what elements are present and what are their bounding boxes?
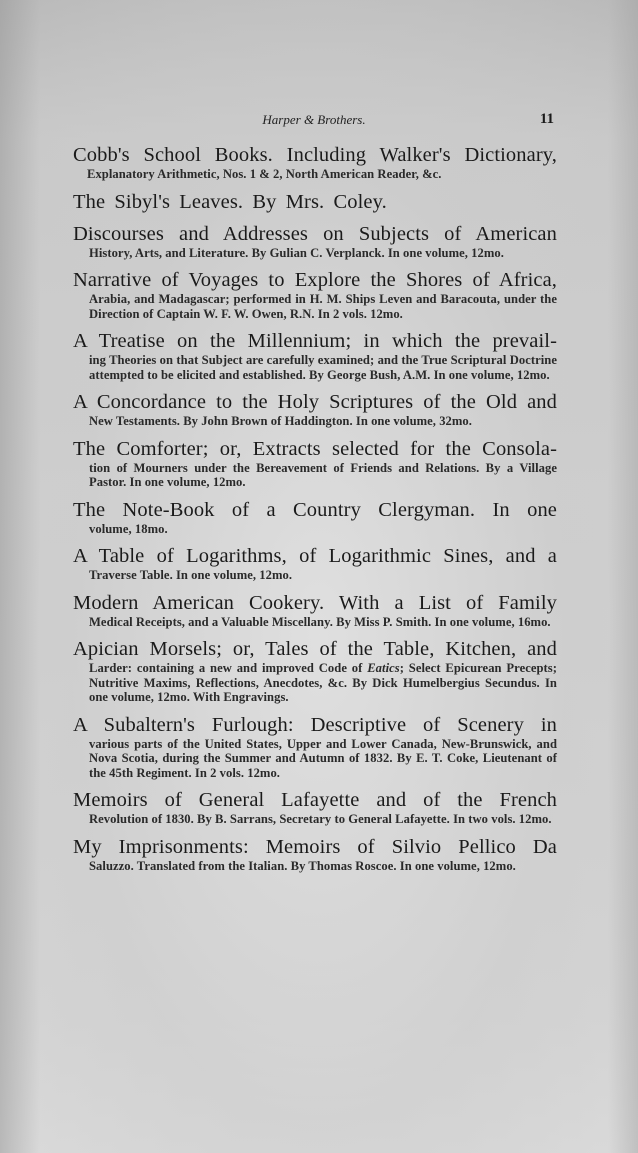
entry-title: Apician Morsels; or, Tales of the Table,… [73, 637, 557, 661]
entry-title: Modern American Cookery. With a List of … [73, 591, 557, 615]
list-item: Discourses and Addresses on Subjects of … [73, 222, 557, 261]
list-item: Apician Morsels; or, Tales of the Table,… [73, 637, 557, 705]
entry-detail: History, Arts, and Literature. By Gulian… [89, 246, 557, 261]
entry-detail: Explanatory Arithmetic, Nos. 1 & 2, Nort… [87, 167, 557, 182]
entry-detail: ing Theories on that Subject are careful… [89, 353, 557, 382]
book-list: Cobb's School Books. Including Walker's … [73, 143, 557, 881]
entry-detail-italic: Eatics [367, 661, 400, 675]
entry-detail: Traverse Table. In one volume, 12mo. [89, 568, 557, 583]
entry-title: Discourses and Addresses on Subjects of … [73, 222, 557, 246]
running-title: Harper & Brothers. [74, 112, 554, 128]
entry-detail: Medical Receipts, and a Valuable Miscell… [89, 615, 557, 630]
entry-detail: New Testaments. By John Brown of Hadding… [89, 414, 557, 429]
list-item: Cobb's School Books. Including Walker's … [73, 143, 557, 182]
entry-title: Cobb's School Books. Including Walker's … [73, 143, 557, 167]
page-number: 11 [540, 111, 554, 128]
entry-detail: Revolution of 1830. By B. Sarrans, Secre… [89, 812, 557, 827]
entry-title: My Imprisonments: Memoirs of Silvio Pell… [73, 835, 557, 859]
entry-detail: various parts of the United States, Uppe… [89, 737, 557, 781]
entry-title: Narrative of Voyages to Explore the Shor… [73, 268, 557, 292]
list-item: My Imprisonments: Memoirs of Silvio Pell… [73, 835, 557, 874]
list-item: A Table of Logarithms, of Logarithmic Si… [73, 544, 557, 583]
list-item: Memoirs of General Lafayette and of the … [73, 788, 557, 827]
list-item: A Concordance to the Holy Scriptures of … [73, 390, 557, 429]
entry-title: The Note-Book of a Country Clergyman. In… [73, 498, 557, 522]
list-item: The Note-Book of a Country Clergyman. In… [73, 498, 557, 537]
entry-detail: Saluzzo. Translated from the Italian. By… [89, 859, 557, 874]
entry-detail: Larder: containing a new and improved Co… [89, 661, 557, 705]
entry-detail: volume, 18mo. [89, 522, 557, 537]
entry-title: The Comforter; or, Extracts selected for… [73, 437, 557, 461]
list-item: The Comforter; or, Extracts selected for… [73, 437, 557, 490]
list-item: The Sibyl's Leaves. By Mrs. Coley. [73, 190, 557, 214]
list-item: A Treatise on the Millennium; in which t… [73, 329, 557, 382]
entry-title: A Concordance to the Holy Scriptures of … [73, 390, 557, 414]
entry-detail-text: Larder: containing a new and improved Co… [89, 661, 367, 675]
list-item: Modern American Cookery. With a List of … [73, 591, 557, 630]
book-page: Harper & Brothers. 11 Cobb's School Book… [0, 0, 638, 1153]
entry-title: The Sibyl's Leaves. By Mrs. Coley. [73, 190, 557, 214]
entry-title: A Treatise on the Millennium; in which t… [73, 329, 557, 353]
entry-detail: Arabia, and Madagascar; performed in H. … [89, 292, 557, 321]
list-item: Narrative of Voyages to Explore the Shor… [73, 268, 557, 321]
list-item: A Subaltern's Furlough: Descriptive of S… [73, 713, 557, 781]
entry-title: A Table of Logarithms, of Logarithmic Si… [73, 544, 557, 568]
entry-title: Memoirs of General Lafayette and of the … [73, 788, 557, 812]
running-head: Harper & Brothers. 11 [74, 112, 554, 134]
entry-detail: tion of Mourners under the Bereavement o… [89, 461, 557, 490]
entry-title: A Subaltern's Furlough: Descriptive of S… [73, 713, 557, 737]
